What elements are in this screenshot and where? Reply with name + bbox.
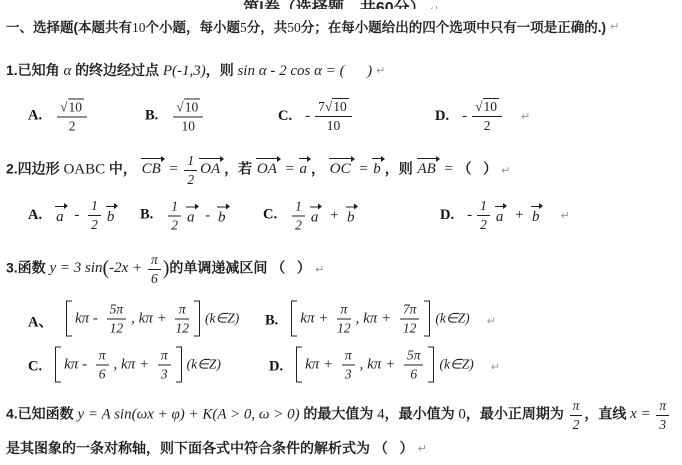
option-formula: kπ + π3, kπ + 5π6(k∈Z) bbox=[296, 347, 474, 388]
question-3-text: 3.函数 y = 3 sin(-2x + π6)的单调递减区间 （ ） bbox=[6, 252, 311, 286]
paragraph-mark: ↵ bbox=[610, 20, 619, 33]
paragraph-mark: ↵ bbox=[315, 263, 324, 276]
paragraph-mark: ↵ bbox=[376, 64, 385, 77]
question-2-option-d: D. -12a + b ↵ bbox=[440, 198, 570, 232]
option-label: A. bbox=[28, 207, 42, 224]
section-header-text: 一、选择题(本题共有10个小题，每小题5分，共50分；在每小题给出的四个选项中只… bbox=[6, 16, 606, 36]
paragraph-mark: ↵ bbox=[501, 164, 510, 177]
question-4-text-line-2: 是其图象的一条对称轴，则下面各式中符合条件的解析式为 （ ） bbox=[6, 438, 414, 458]
option-formula: a - 12b bbox=[55, 198, 118, 232]
option-label: C. bbox=[278, 108, 292, 125]
paragraph-mark: ↵ bbox=[430, 1, 439, 9]
paragraph-mark: ↵ bbox=[491, 361, 500, 374]
option-label: D. bbox=[269, 359, 283, 376]
option-label: C. bbox=[28, 359, 42, 376]
question-1-option-b: B. √1010 bbox=[145, 98, 205, 133]
section-header: 一、选择题(本题共有10个小题，每小题5分，共50分；在每小题给出的四个选项中只… bbox=[6, 17, 680, 35]
question-1-option-a: A. √102 bbox=[28, 98, 89, 133]
question-3-option-d: D. kπ + π3, kπ + 5π6(k∈Z) ↵ bbox=[269, 347, 500, 388]
option-formula: -12a + b bbox=[467, 198, 543, 232]
question-3-option-c: C. kπ - π6, kπ + π3(k∈Z) bbox=[28, 347, 221, 388]
question-1-option-c: C. -7√1010 bbox=[278, 99, 354, 133]
question-2-stem: 2.四边形 OABC 中， CB = 12OA，若 OA = a， OC = b… bbox=[6, 147, 680, 193]
question-2-text: 2.四边形 OABC 中， CB = 12OA，若 OA = a， OC = b… bbox=[6, 153, 497, 187]
question-4-stem-line-1: 4.已知函数 y = A sin(ωx + φ) + K(A > 0, ω > … bbox=[6, 391, 680, 439]
paragraph-mark: ↵ bbox=[560, 209, 569, 222]
option-label: B. bbox=[265, 313, 278, 330]
question-1-text: 1.已知角 α 的终边经过点 P(-1,3)，则 sin α - 2 cos α… bbox=[6, 60, 372, 80]
question-2-option-b: B. 12a - b bbox=[140, 197, 230, 232]
question-3-option-b: B. kπ + π12, kπ + 7π12(k∈Z) ↵ bbox=[265, 301, 496, 342]
option-label: C. bbox=[263, 207, 277, 224]
option-label: B. bbox=[140, 207, 153, 224]
paragraph-mark: ↵ bbox=[521, 110, 530, 123]
option-label: B. bbox=[145, 108, 158, 125]
option-formula: -√102 bbox=[462, 99, 504, 133]
question-1-stem: 1.已知角 α 的终边经过点 P(-1,3)，则 sin α - 2 cos α… bbox=[6, 56, 680, 84]
page-title: 第Ⅰ卷（选择题，共60分） bbox=[243, 0, 426, 9]
option-label: A、 bbox=[28, 311, 53, 332]
option-formula: 12a + b bbox=[290, 197, 358, 232]
option-formula: 12a - b bbox=[166, 197, 229, 232]
question-3-options-row-1: A、 kπ - 5π12, kπ + π12(k∈Z) B. kπ + π12,… bbox=[6, 299, 680, 343]
question-3-stem: 3.函数 y = 3 sin(-2x + π6)的单调递减区间 （ ）↵ bbox=[6, 246, 680, 292]
option-formula: -7√1010 bbox=[305, 99, 354, 133]
question-1-options: A. √102 B. √1010 C. -7√1010 D. -√102 ↵ bbox=[6, 95, 680, 137]
question-3-option-a: A、 kπ - 5π12, kπ + π12(k∈Z) bbox=[28, 301, 239, 342]
option-formula: kπ - 5π12, kπ + π12(k∈Z) bbox=[66, 301, 239, 342]
option-label: D. bbox=[440, 207, 454, 224]
paragraph-mark: ↵ bbox=[487, 315, 496, 328]
question-2-option-a: A. a - 12b bbox=[28, 198, 118, 232]
option-formula: √102 bbox=[55, 98, 89, 133]
question-3-options-row-2: C. kπ - π6, kπ + π3(k∈Z) D. kπ + π3, kπ … bbox=[6, 345, 680, 389]
option-label: D. bbox=[435, 108, 449, 125]
option-formula: kπ - π6, kπ + π3(k∈Z) bbox=[55, 347, 221, 388]
paragraph-mark: ↵ bbox=[418, 442, 427, 455]
question-4-text-line-1: 4.已知函数 y = A sin(ωx + φ) + K(A > 0, ω > … bbox=[6, 398, 671, 432]
page-title-row: 第Ⅰ卷（选择题，共60分）↵ bbox=[0, 0, 682, 9]
question-2-options: A. a - 12b B. 12a - b C. 12a + b D. -12a… bbox=[6, 194, 680, 236]
question-2-option-c: C. 12a + b bbox=[263, 197, 358, 232]
option-formula: √1010 bbox=[171, 98, 205, 133]
option-label: A. bbox=[28, 108, 42, 125]
exam-document-page: 第Ⅰ卷（选择题，共60分）↵ 一、选择题(本题共有10个小题，每小题5分，共50… bbox=[0, 0, 682, 465]
question-1-option-d: D. -√102 ↵ bbox=[435, 99, 530, 133]
option-formula: kπ + π12, kπ + 7π12(k∈Z) bbox=[291, 301, 469, 342]
question-4-stem-line-2: 是其图象的一条对称轴，则下面各式中符合条件的解析式为 （ ）↵ bbox=[6, 439, 680, 457]
